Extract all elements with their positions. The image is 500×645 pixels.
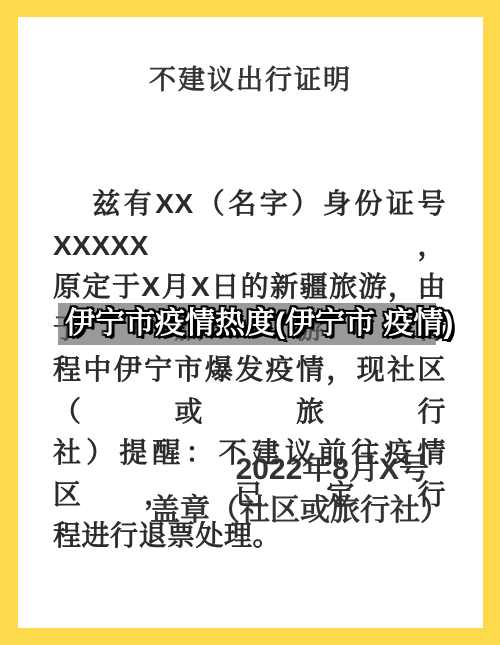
body-line-1: 兹有XX（名字）身份证号XXXXX， (53, 183, 446, 266)
body-line-3: 程中伊宁市爆发疫情，现社区（或旅行 (53, 349, 446, 432)
signature-block: 2022年8月X号 盖章（社区或旅行社） (150, 449, 450, 531)
certificate-title: 不建议出行证明 (18, 58, 483, 97)
certificate-card: 不建议出行证明 兹有XX（名字）身份证号XXXXX， 原定于X月X日的新疆旅游，… (18, 17, 483, 628)
stamp-line: 盖章（社区或旅行社） (150, 490, 450, 531)
yellow-frame: 不建议出行证明 兹有XX（名字）身份证号XXXXX， 原定于X月X日的新疆旅游，… (0, 0, 500, 645)
watermark-banner-text: 伊宁市疫情热度(伊宁市 疫情) (65, 307, 453, 340)
date-line: 2022年8月X号 (150, 449, 429, 490)
watermark-banner: 伊宁市疫情热度(伊宁市 疫情) (58, 303, 436, 345)
